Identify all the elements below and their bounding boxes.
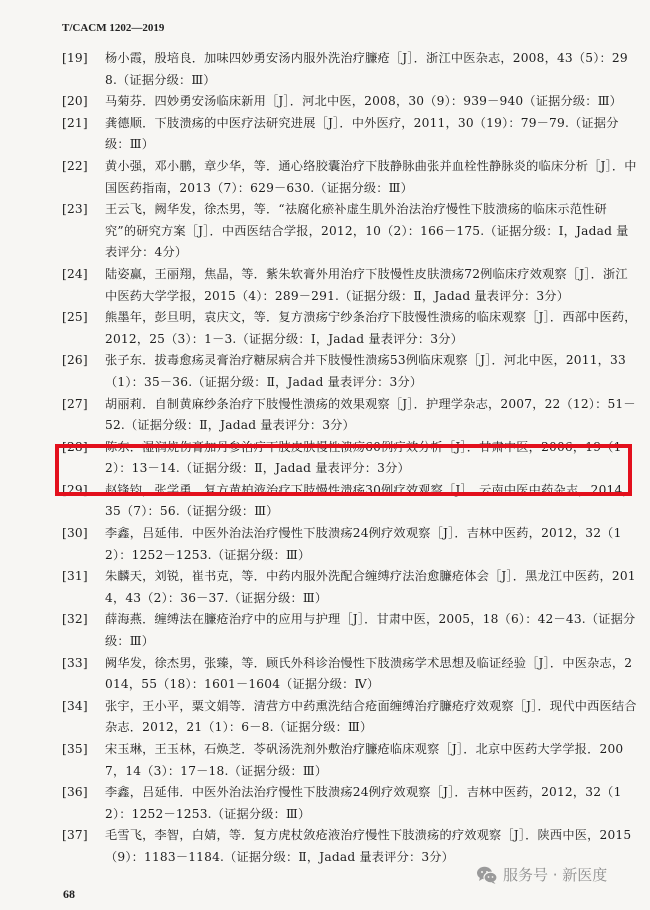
reference-text: 陈东．湿润烧伤膏加丹参治疗下肢皮肤慢性溃疡60例疗效分析［J］．甘肃中医，200… xyxy=(105,440,622,476)
reference-number: [19] xyxy=(62,48,101,70)
reference-text: 黄小强，邓小鹏，章少华，等．通心络胶囊治疗下肢静脉曲张并血栓性静脉炎的临床分析［… xyxy=(105,159,637,195)
reference-item-30: [30]李鑫，吕延伟．中医外治法治疗慢性下肢溃疡24例疗效观察［J］．吉林中医药… xyxy=(62,523,637,566)
reference-item-36: [36]李鑫，吕延伟．中医外治法治疗慢性下肢溃疡24例疗效观察［J］．吉林中医药… xyxy=(62,782,637,825)
reference-number: [22] xyxy=(62,156,101,178)
reference-text: 熊墨年，彭旦明，袁庆文，等．复方溃疡宁纱条治疗下肢慢性溃疡的临床观察［J］．西部… xyxy=(105,310,637,346)
watermark-text: 服务号 · 新医度 xyxy=(503,864,607,885)
reference-number: [30] xyxy=(62,523,101,545)
reference-number: [35] xyxy=(62,739,101,761)
reference-number: [24] xyxy=(62,264,101,286)
reference-item-23: [23]王云飞，阙华发，徐杰男，等．“祛腐化瘀补虚生肌外治法治疗慢性下肢溃疡的临… xyxy=(62,199,637,264)
reference-text: 王云飞，阙华发，徐杰男，等．“祛腐化瘀补虚生肌外治法治疗慢性下肢溃疡的临床示范性… xyxy=(105,202,629,259)
wechat-icon xyxy=(476,865,498,885)
reference-item-20: [20]马菊芬．四妙勇安汤临床新用［J］．河北中医，2008，30（9）：939… xyxy=(62,91,637,113)
reference-number: [29] xyxy=(62,480,101,502)
reference-text: 赵锋钧，张学勇．复方黄柏液治疗下肢慢性溃疡30例疗效观察［J］．云南中医中药杂志… xyxy=(105,483,635,519)
reference-number: [23] xyxy=(62,199,101,221)
reference-text: 朱麟天，刘锐，崔书克，等．中药内服外洗配合缠缚疗法治愈臁疮体会［J］．黑龙江中医… xyxy=(105,569,636,605)
reference-text: 毛雪飞，李智，白婧，等．复方虎杖敛疮液治疗慢性下肢溃疡的疗效观察［J］．陕西中医… xyxy=(105,828,631,864)
reference-item-35: [35]宋玉琳，王玉林，石焕芝．苓矾汤洗剂外敷治疗臁疮临床观察［J］．北京中医药… xyxy=(62,739,637,782)
reference-number: [28] xyxy=(62,437,101,459)
reference-text: 胡丽莉．自制黄麻纱条治疗下肢慢性溃疡的效果观察［J］．护理学杂志，2007，22… xyxy=(105,397,636,433)
reference-number: [20] xyxy=(62,91,101,113)
reference-number: [27] xyxy=(62,394,101,416)
reference-number: [25] xyxy=(62,307,101,329)
reference-text: 李鑫，吕延伟．中医外治法治疗慢性下肢溃疡24例疗效观察［J］．吉林中医药，201… xyxy=(105,785,622,821)
reference-text: 张子东．拔毒愈疡灵膏治疗糖尿病合并下肢慢性溃疡53例临床观察［J］．河北中医，2… xyxy=(105,353,626,389)
reference-item-27: [27]胡丽莉．自制黄麻纱条治疗下肢慢性溃疡的效果观察［J］．护理学杂志，200… xyxy=(62,394,637,437)
reference-text: 杨小霞，殷培良．加味四妙勇安汤内服外洗治疗臁疮［J］．浙江中医杂志，2008，4… xyxy=(105,51,628,87)
reference-number: [21] xyxy=(62,113,101,135)
reference-number: [31] xyxy=(62,566,101,588)
reference-item-32: [32]薛海燕．缠缚法在臁疮治疗中的应用与护理［J］．甘肃中医，2005，18（… xyxy=(62,609,637,652)
reference-number: [32] xyxy=(62,609,101,631)
reference-item-33: [33]阙华发，徐杰男，张臻，等．顾氏外科诊治慢性下肢溃疡学术思想及临证经验［J… xyxy=(62,653,637,696)
reference-item-29: [29]赵锋钧，张学勇．复方黄柏液治疗下肢慢性溃疡30例疗效观察［J］．云南中医… xyxy=(62,480,637,523)
reference-item-31: [31]朱麟天，刘锐，崔书克，等．中药内服外洗配合缠缚疗法治愈臁疮体会［J］．黑… xyxy=(62,566,637,609)
watermark: 服务号 · 新医度 xyxy=(476,864,607,885)
page-number: 68 xyxy=(63,887,75,902)
reference-text: 宋玉琳，王玉林，石焕芝．苓矾汤洗剂外敷治疗臁疮临床观察［J］．北京中医药大学学报… xyxy=(105,742,623,778)
reference-text: 陆姿赢，王丽翔，焦晶，等．紫朱软膏外用治疗下肢慢性皮肤溃疡72例临床疗效观察［J… xyxy=(105,267,628,303)
reference-number: [26] xyxy=(62,350,101,372)
reference-number: [34] xyxy=(62,696,101,718)
reference-item-37: [37]毛雪飞，李智，白婧，等．复方虎杖敛疮液治疗慢性下肢溃疡的疗效观察［J］．… xyxy=(62,825,637,868)
reference-item-28-highlighted: [28]陈东．湿润烧伤膏加丹参治疗下肢皮肤慢性溃疡60例疗效分析［J］．甘肃中医… xyxy=(62,437,637,480)
standard-code-header: T/CACM 1202—2019 xyxy=(62,22,164,34)
reference-item-21: [21]龚德顺．下肢溃疡的中医疗法研究进展［J］．中外医疗，2011，30（19… xyxy=(62,113,637,156)
reference-item-22: [22]黄小强，邓小鹏，章少华，等．通心络胶囊治疗下肢静脉曲张并血栓性静脉炎的临… xyxy=(62,156,637,199)
reference-text: 马菊芬．四妙勇安汤临床新用［J］．河北中医，2008，30（9）：939－940… xyxy=(105,94,622,108)
reference-item-25: [25]熊墨年，彭旦明，袁庆文，等．复方溃疡宁纱条治疗下肢慢性溃疡的临床观察［J… xyxy=(62,307,637,350)
reference-item-34: [34]张宇，王小平，粟文娟等．清营方中药熏洗结合疮面缠缚治疗臁疮疗效观察［J］… xyxy=(62,696,637,739)
reference-number: [37] xyxy=(62,825,101,847)
reference-item-24: [24]陆姿赢，王丽翔，焦晶，等．紫朱软膏外用治疗下肢慢性皮肤溃疡72例临床疗效… xyxy=(62,264,637,307)
reference-item-26: [26]张子东．拔毒愈疡灵膏治疗糖尿病合并下肢慢性溃疡53例临床观察［J］．河北… xyxy=(62,350,637,393)
reference-text: 龚德顺．下肢溃疡的中医疗法研究进展［J］．中外医疗，2011，30（19）：79… xyxy=(105,116,619,152)
reference-list: [19]杨小霞，殷培良．加味四妙勇安汤内服外洗治疗臁疮［J］．浙江中医杂志，20… xyxy=(62,48,637,869)
reference-text: 张宇，王小平，粟文娟等．清营方中药熏洗结合疮面缠缚治疗臁疮疗效观察［J］．现代中… xyxy=(105,699,637,735)
reference-text: 阙华发，徐杰男，张臻，等．顾氏外科诊治慢性下肢溃疡学术思想及临证经验［J］．中医… xyxy=(105,656,632,692)
reference-text: 薛海燕．缠缚法在臁疮治疗中的应用与护理［J］．甘肃中医，2005，18（6）：4… xyxy=(105,612,635,648)
reference-item-19: [19]杨小霞，殷培良．加味四妙勇安汤内服外洗治疗臁疮［J］．浙江中医杂志，20… xyxy=(62,48,637,91)
reference-number: [33] xyxy=(62,653,101,675)
reference-text: 李鑫，吕延伟．中医外治法治疗慢性下肢溃疡24例疗效观察［J］．吉林中医药，201… xyxy=(105,526,622,562)
reference-number: [36] xyxy=(62,782,101,804)
